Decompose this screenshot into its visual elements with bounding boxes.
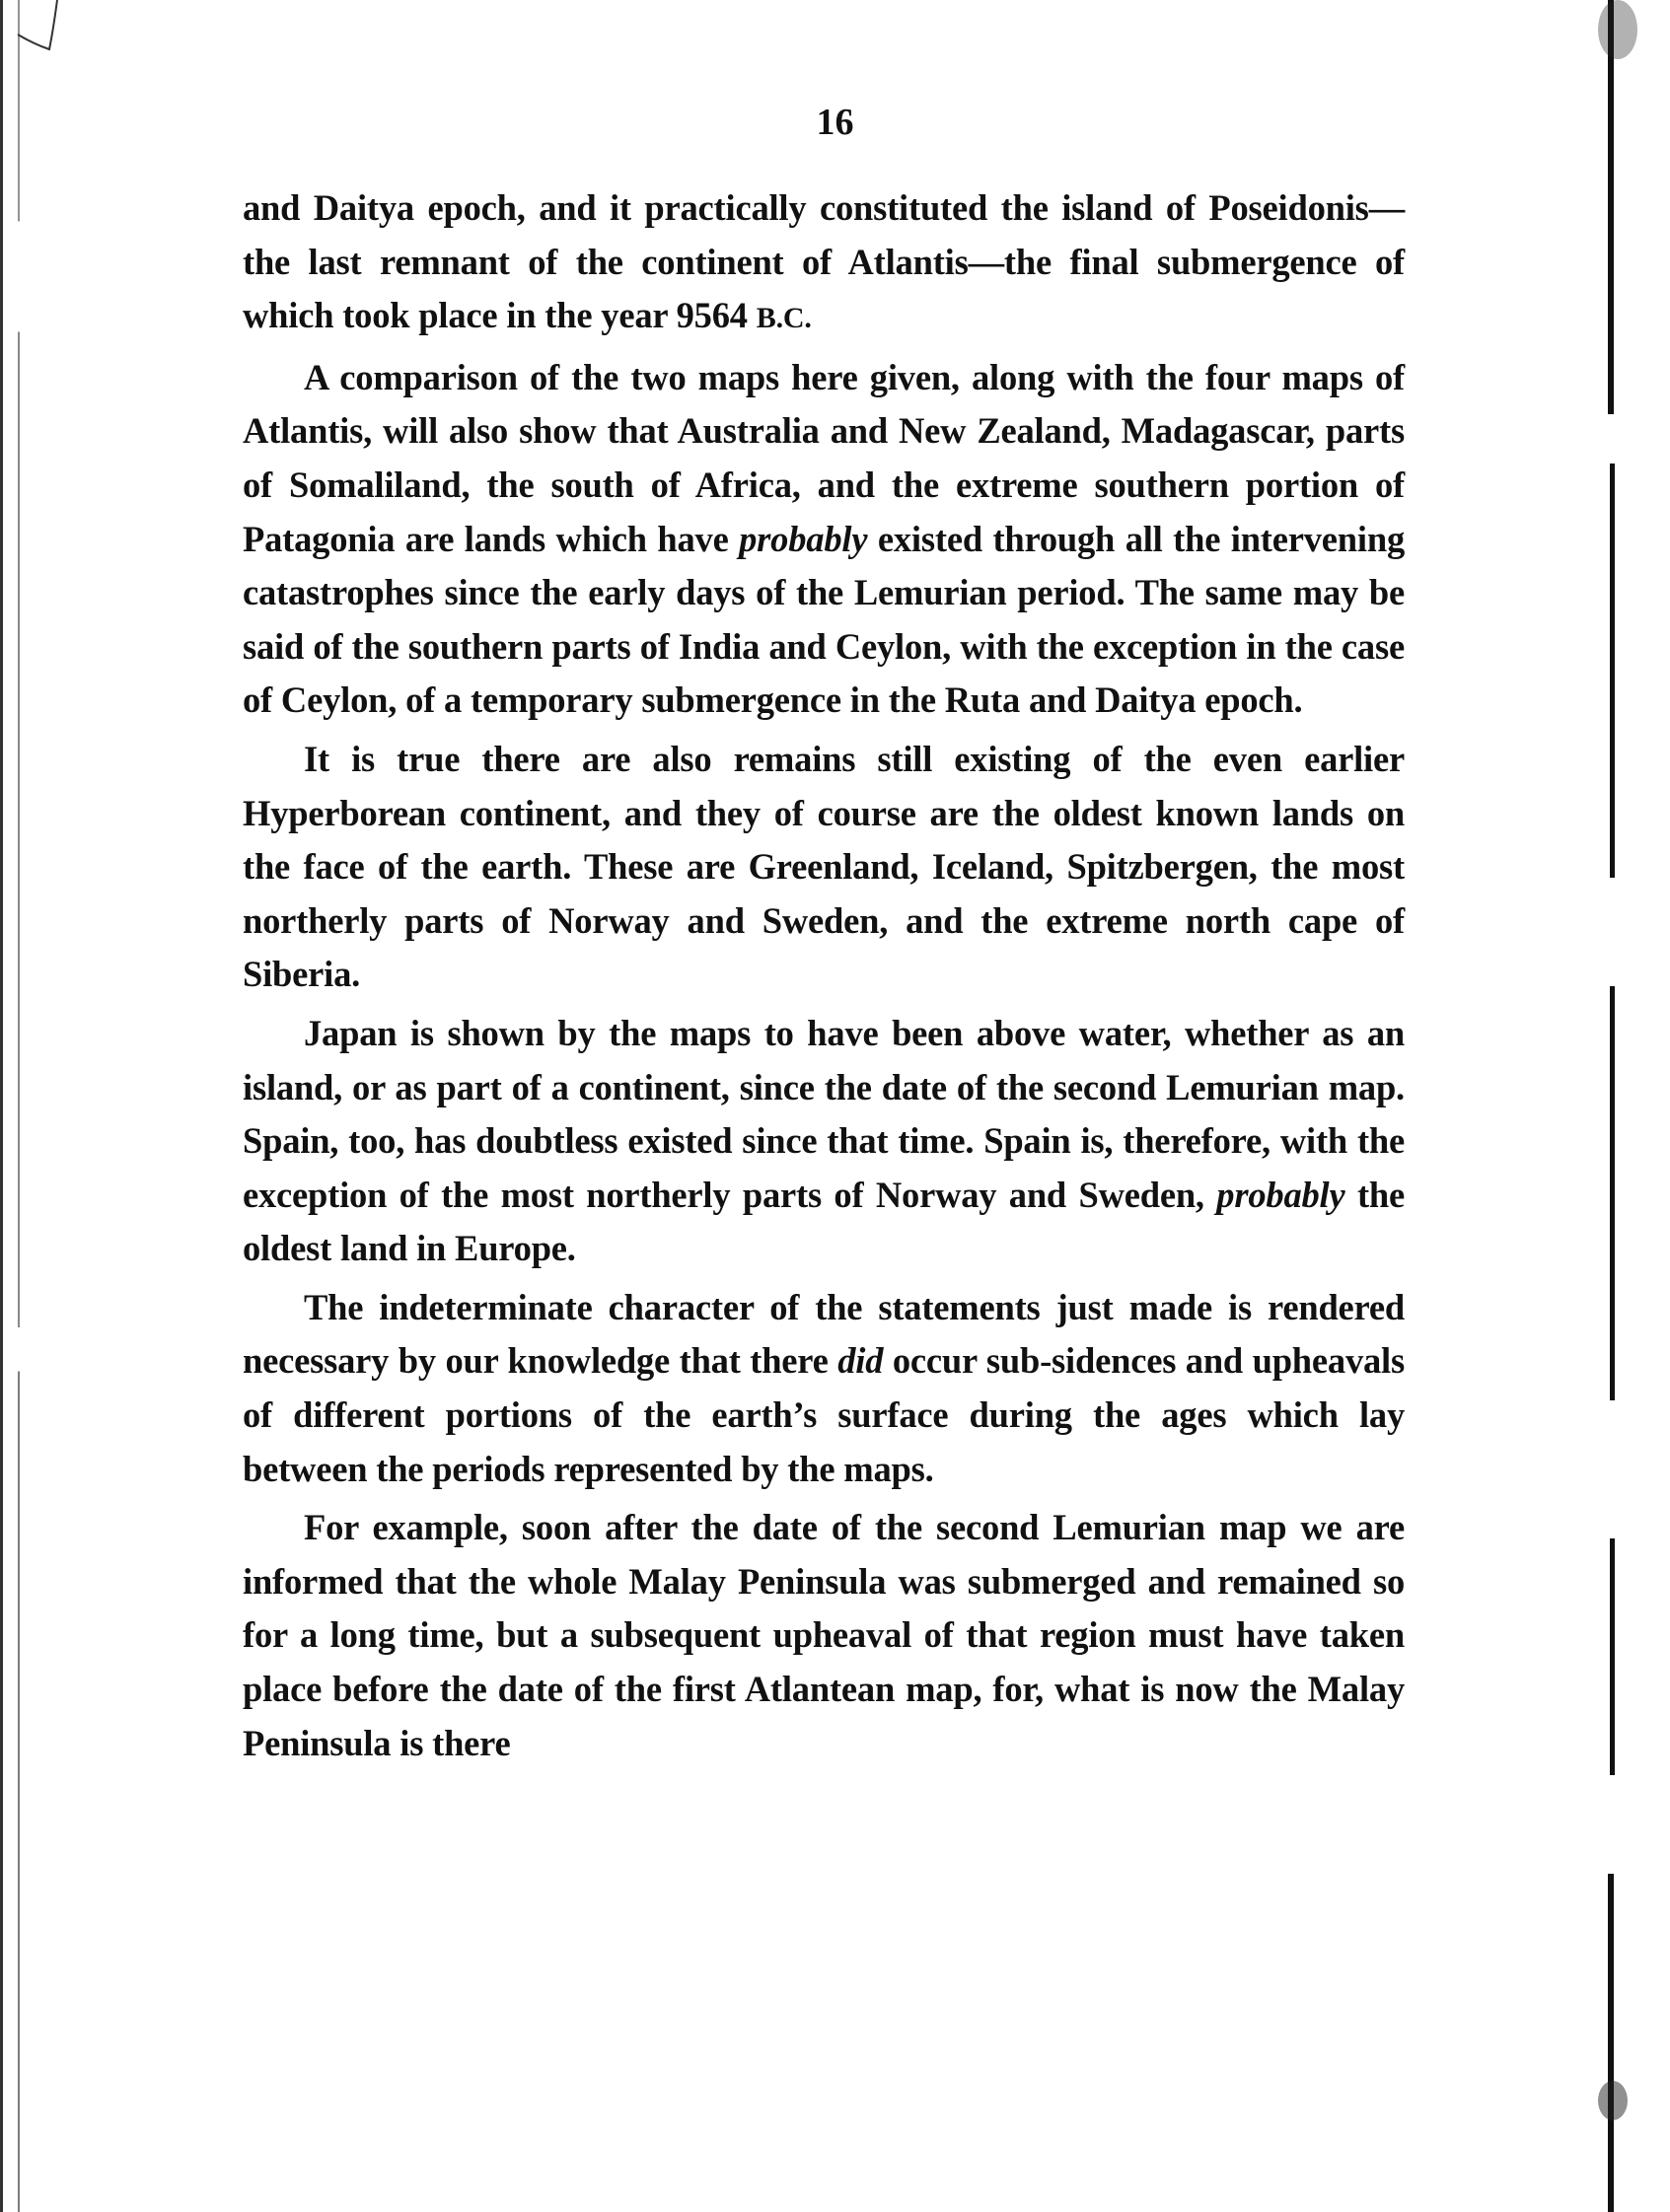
- scanned-book-page: 16 and Daitya epoch, and it practically …: [0, 0, 1670, 2212]
- body-text: and Daitya epoch, and it practically con…: [243, 181, 1405, 1775]
- page-number: 16: [0, 101, 1670, 144]
- left-binding-edge: [0, 0, 30, 2212]
- paragraph-3: It is true there are also remains still …: [243, 733, 1405, 1002]
- edge-shadow-segment: [1610, 1538, 1615, 1775]
- italic-run: probably: [1216, 1175, 1344, 1215]
- small-caps-run: B.C.: [757, 302, 812, 334]
- italic-run: did: [837, 1340, 883, 1381]
- paragraph-1: and Daitya epoch, and it practically con…: [243, 181, 1405, 346]
- text-run: and Daitya epoch, and it practically con…: [243, 187, 1405, 335]
- scan-noise: [1598, 0, 1637, 59]
- edge-shadow-segment: [1608, 1874, 1614, 2212]
- text-run: For example, soon after the date of the …: [243, 1507, 1405, 1762]
- italic-run: probably: [739, 519, 867, 559]
- paragraph-5: The indeterminate character of the state…: [243, 1281, 1405, 1496]
- edge-shadow-segment: [1610, 986, 1615, 1400]
- edge-shadow-segment: [1608, 0, 1614, 414]
- paragraph-6: For example, soon after the date of the …: [243, 1501, 1405, 1770]
- paragraph-2: A comparison of the two maps here given,…: [243, 351, 1405, 728]
- paragraph-4: Japan is shown by the maps to have been …: [243, 1007, 1405, 1276]
- scan-noise: [1598, 2081, 1628, 2120]
- edge-shadow-segment: [1610, 464, 1615, 878]
- right-page-edge: [1598, 0, 1670, 2212]
- corner-pencil-mark: [10, 0, 79, 54]
- left-binding-shadow: [18, 0, 20, 2212]
- text-run: It is true there are also remains still …: [243, 739, 1405, 994]
